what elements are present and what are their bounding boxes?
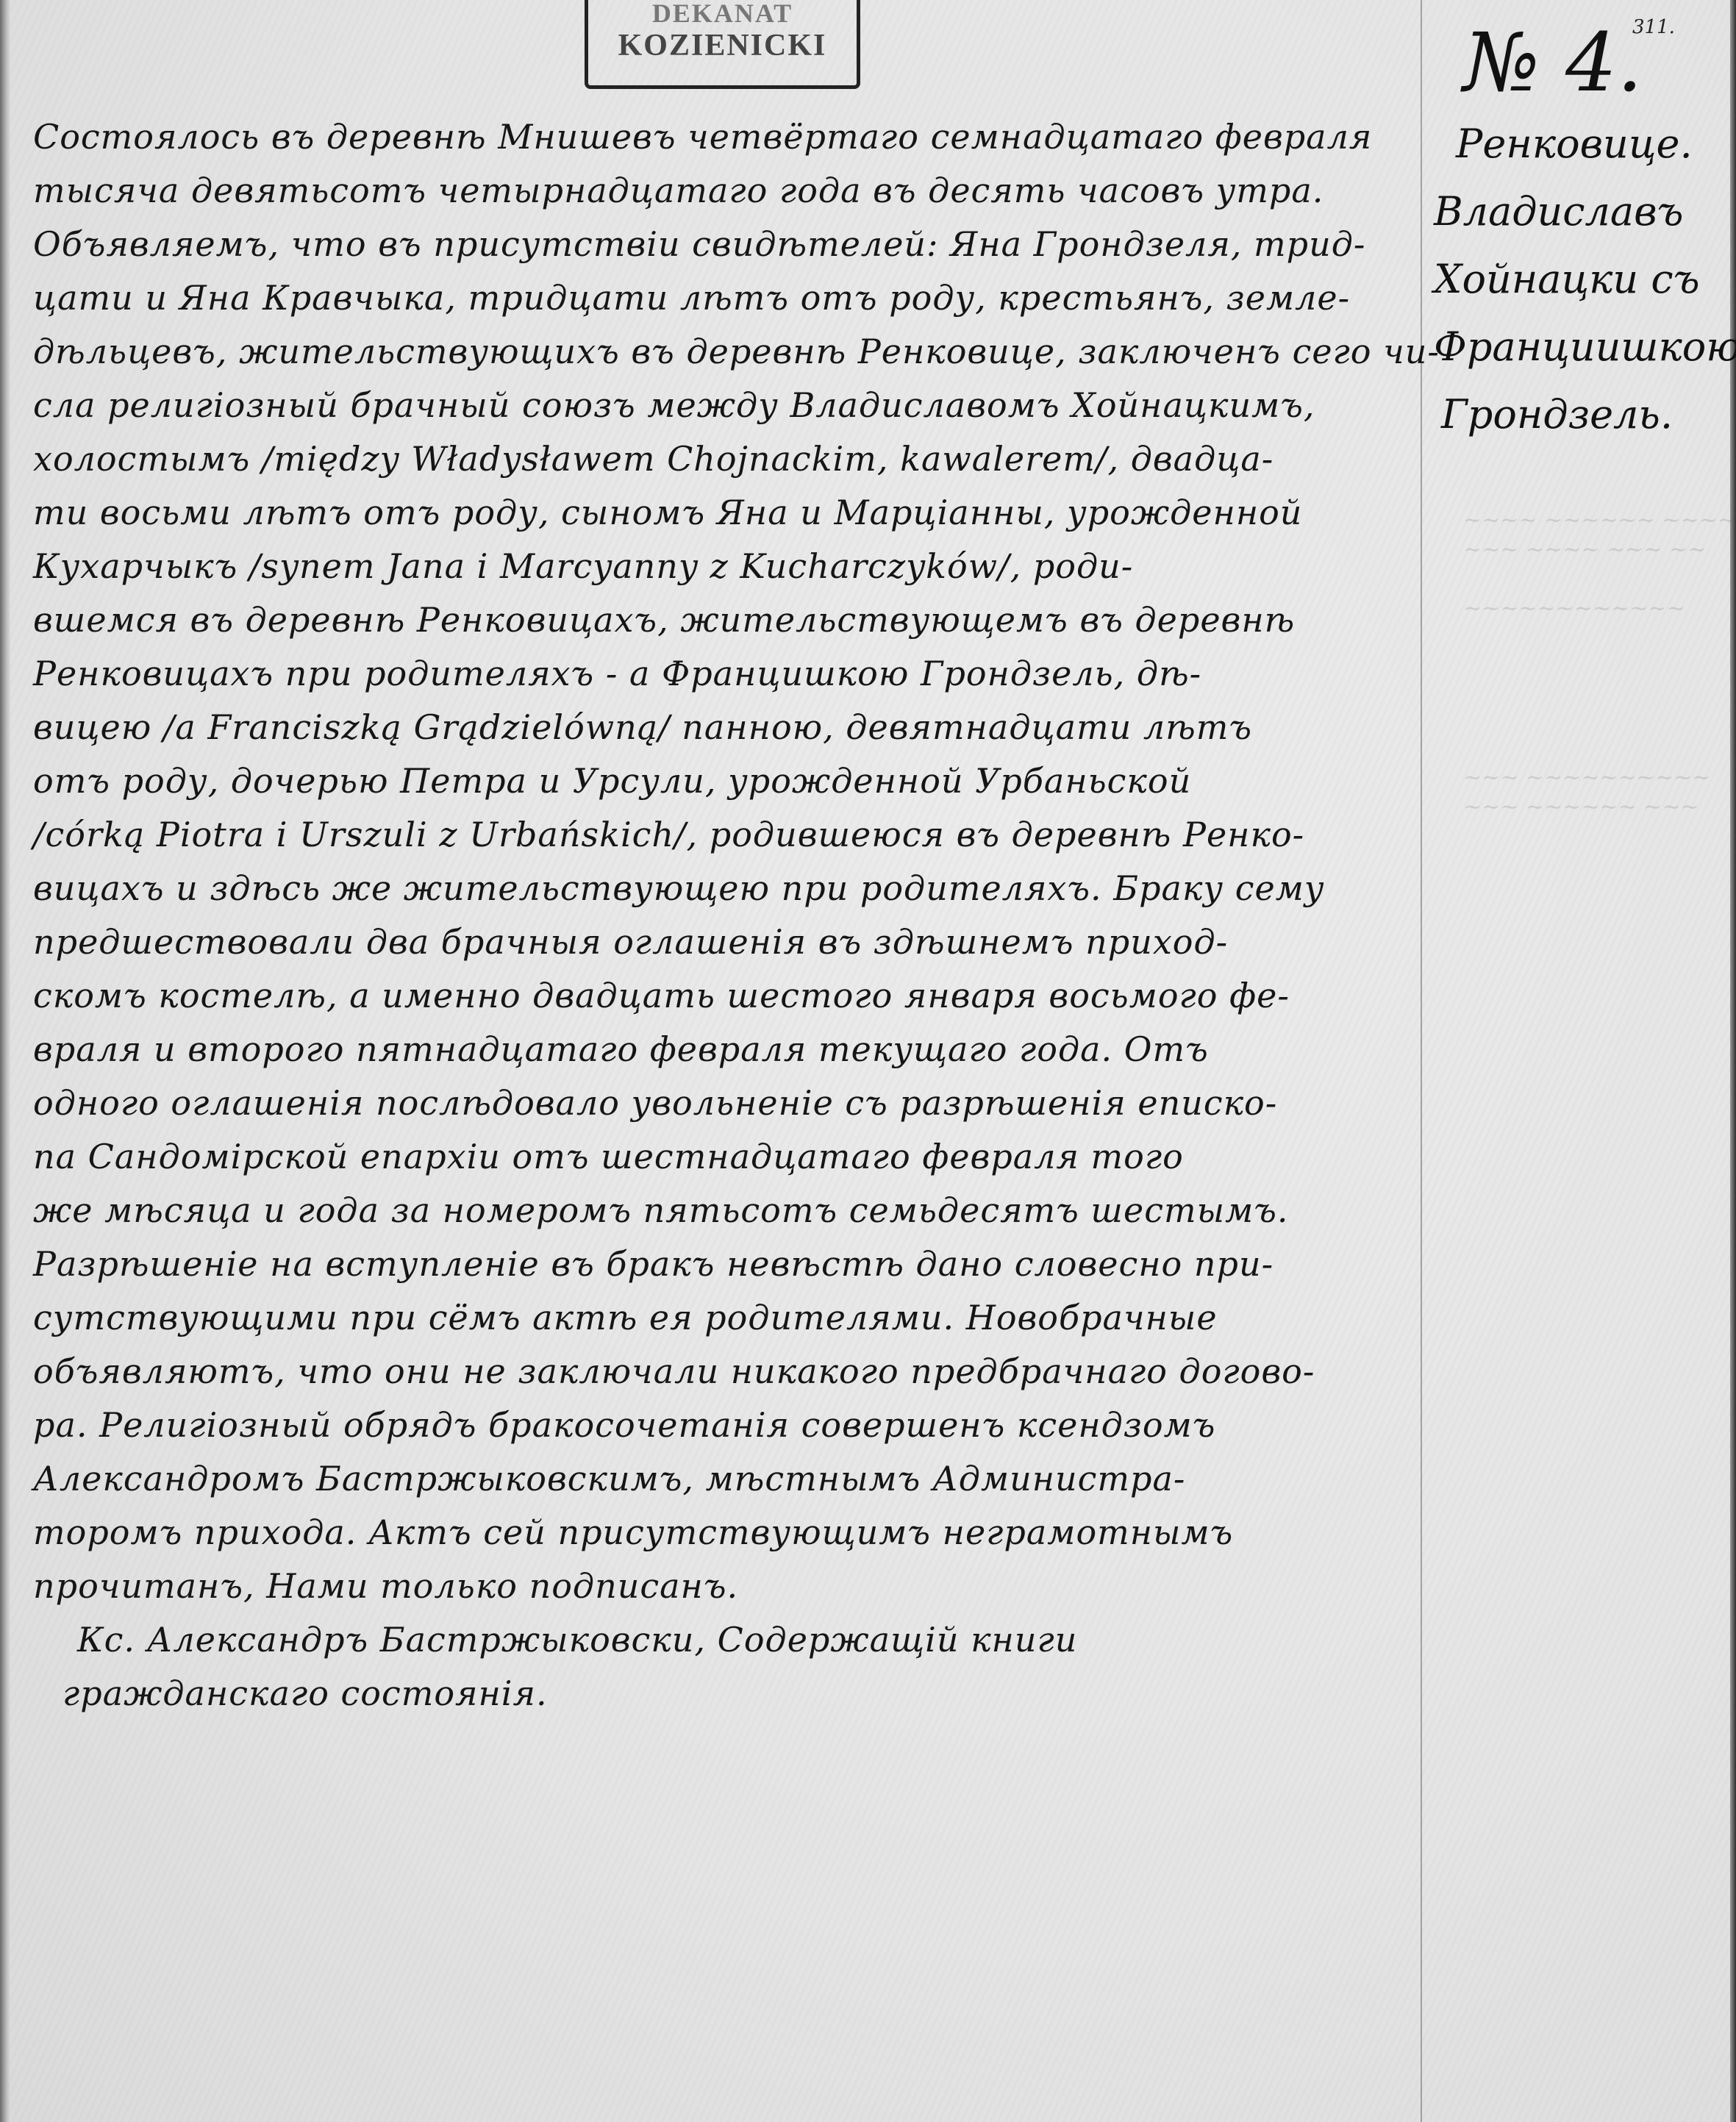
margin-rule-line: [1421, 0, 1422, 2122]
priest-signature: Кс. Александръ Бастржыковски, Содержащій…: [33, 1613, 1415, 1667]
stamp-line-2: KOZIENICKI: [588, 28, 857, 63]
record-line: торомъ прихода. Актъ сей присутствующимъ…: [33, 1506, 1415, 1560]
bleed-through-text: ~~~ ~~~~~~~~~~: [1463, 765, 1710, 790]
record-line: вшемся въ деревнѣ Ренковицахъ, жительств…: [33, 593, 1415, 647]
bleed-through-text: ~~~ ~~~~~~ ~~~: [1463, 794, 1699, 820]
record-line: враля и второго пятнадцатаго февраля тек…: [33, 1023, 1415, 1076]
record-line: /córką Piotra i Urszuli z Urbańskich/, р…: [33, 808, 1415, 862]
record-line: скомъ костелѣ, а именно двадцать шестого…: [33, 969, 1415, 1023]
record-line: Александромъ Бастржыковскимъ, мѣстнымъ А…: [33, 1452, 1415, 1506]
bleed-through-text: ~~~~ ~~~~~~ ~~~~: [1463, 507, 1736, 533]
record-line: Разрѣшеніе на вступленіе въ бракъ невѣст…: [33, 1237, 1415, 1291]
priest-signature-title: гражданскаго состоянія.: [33, 1667, 1415, 1721]
record-line: ра. Религіозный обрядъ бракосочетанія со…: [33, 1398, 1415, 1452]
record-line: предшествовали два брачныя оглашенія въ …: [33, 915, 1415, 969]
record-line: цати и Яна Кравчыка, тридцати лѣтъ отъ р…: [33, 271, 1415, 325]
record-line: вицахъ и здѣсь же жительствующею при род…: [33, 862, 1415, 915]
record-line: дѣльцевъ, жительствующихъ въ деревнѣ Рен…: [33, 325, 1415, 379]
record-line: же мѣсяца и года за номеромъ пятьсотъ се…: [33, 1184, 1415, 1237]
record-line: объявляютъ, что они не заключали никаког…: [33, 1345, 1415, 1398]
entry-number: № 4.: [1463, 15, 1728, 110]
record-line: Объявляемъ, что въ присутствіи свидѣтеле…: [33, 218, 1415, 271]
margin-groom-first-name: Владиславъ: [1434, 178, 1728, 246]
margin-bride-first-name: Франциишкою: [1434, 313, 1728, 381]
record-line: отъ роду, дочерью Петра и Урсули, урожде…: [33, 754, 1415, 808]
record-line: одного оглашенія послѣдовало увольненіе …: [33, 1076, 1415, 1130]
record-line: прочитанъ, Нами только подписанъ.: [33, 1560, 1415, 1613]
record-line: Кухарчыкъ /synem Jana i Marcyanny z Kuch…: [33, 540, 1415, 593]
record-line: па Сандомірской епархіи отъ шестнадцатаг…: [33, 1130, 1415, 1184]
record-line: сла религіозный брачный союзъ между Влад…: [33, 379, 1415, 432]
record-line: ти восьми лѣтъ отъ роду, сыномъ Яна и Ма…: [33, 486, 1415, 540]
record-line: Ренковицахъ при родителяхъ - а Францишко…: [33, 647, 1415, 701]
record-line: сутствующими при сёмъ актѣ ея родителями…: [33, 1291, 1415, 1345]
bleed-through-text: ~~~ ~~~~ ~~~ ~~: [1463, 537, 1706, 562]
margin-village: Ренковице.: [1456, 110, 1728, 178]
stamp-line-1: DEKANAT: [588, 0, 857, 28]
record-line: Состоялось въ деревнѣ Мнишевъ четвёртаго…: [33, 110, 1415, 164]
page-binding-edge: [0, 0, 10, 2122]
record-line: холостымъ /między Władysławem Chojnackim…: [33, 432, 1415, 486]
page-outer-edge: [1730, 0, 1736, 2122]
record-line: вицею /a Franciszką Grądzielówną/ панною…: [33, 701, 1415, 754]
bleed-through-text: ~~~~~~~~~~~~: [1463, 596, 1685, 621]
record-line: тысяча девятьсотъ четырнадцатаго года въ…: [33, 164, 1415, 218]
margin-annotation: № 4. Ренковице. Владиславъ Хойнацки съ Ф…: [1434, 15, 1728, 449]
margin-bride-surname: Грондзель.: [1441, 381, 1728, 449]
register-page: DEKANAT KOZIENICKI 311. ~~~~ ~~~~~~ ~~~~…: [0, 0, 1736, 2122]
marriage-record-text: Состоялось въ деревнѣ Мнишевъ четвёртаго…: [33, 110, 1415, 1721]
dekanat-stamp: DEKANAT KOZIENICKI: [585, 0, 860, 89]
margin-groom-surname: Хойнацки съ: [1434, 246, 1728, 313]
